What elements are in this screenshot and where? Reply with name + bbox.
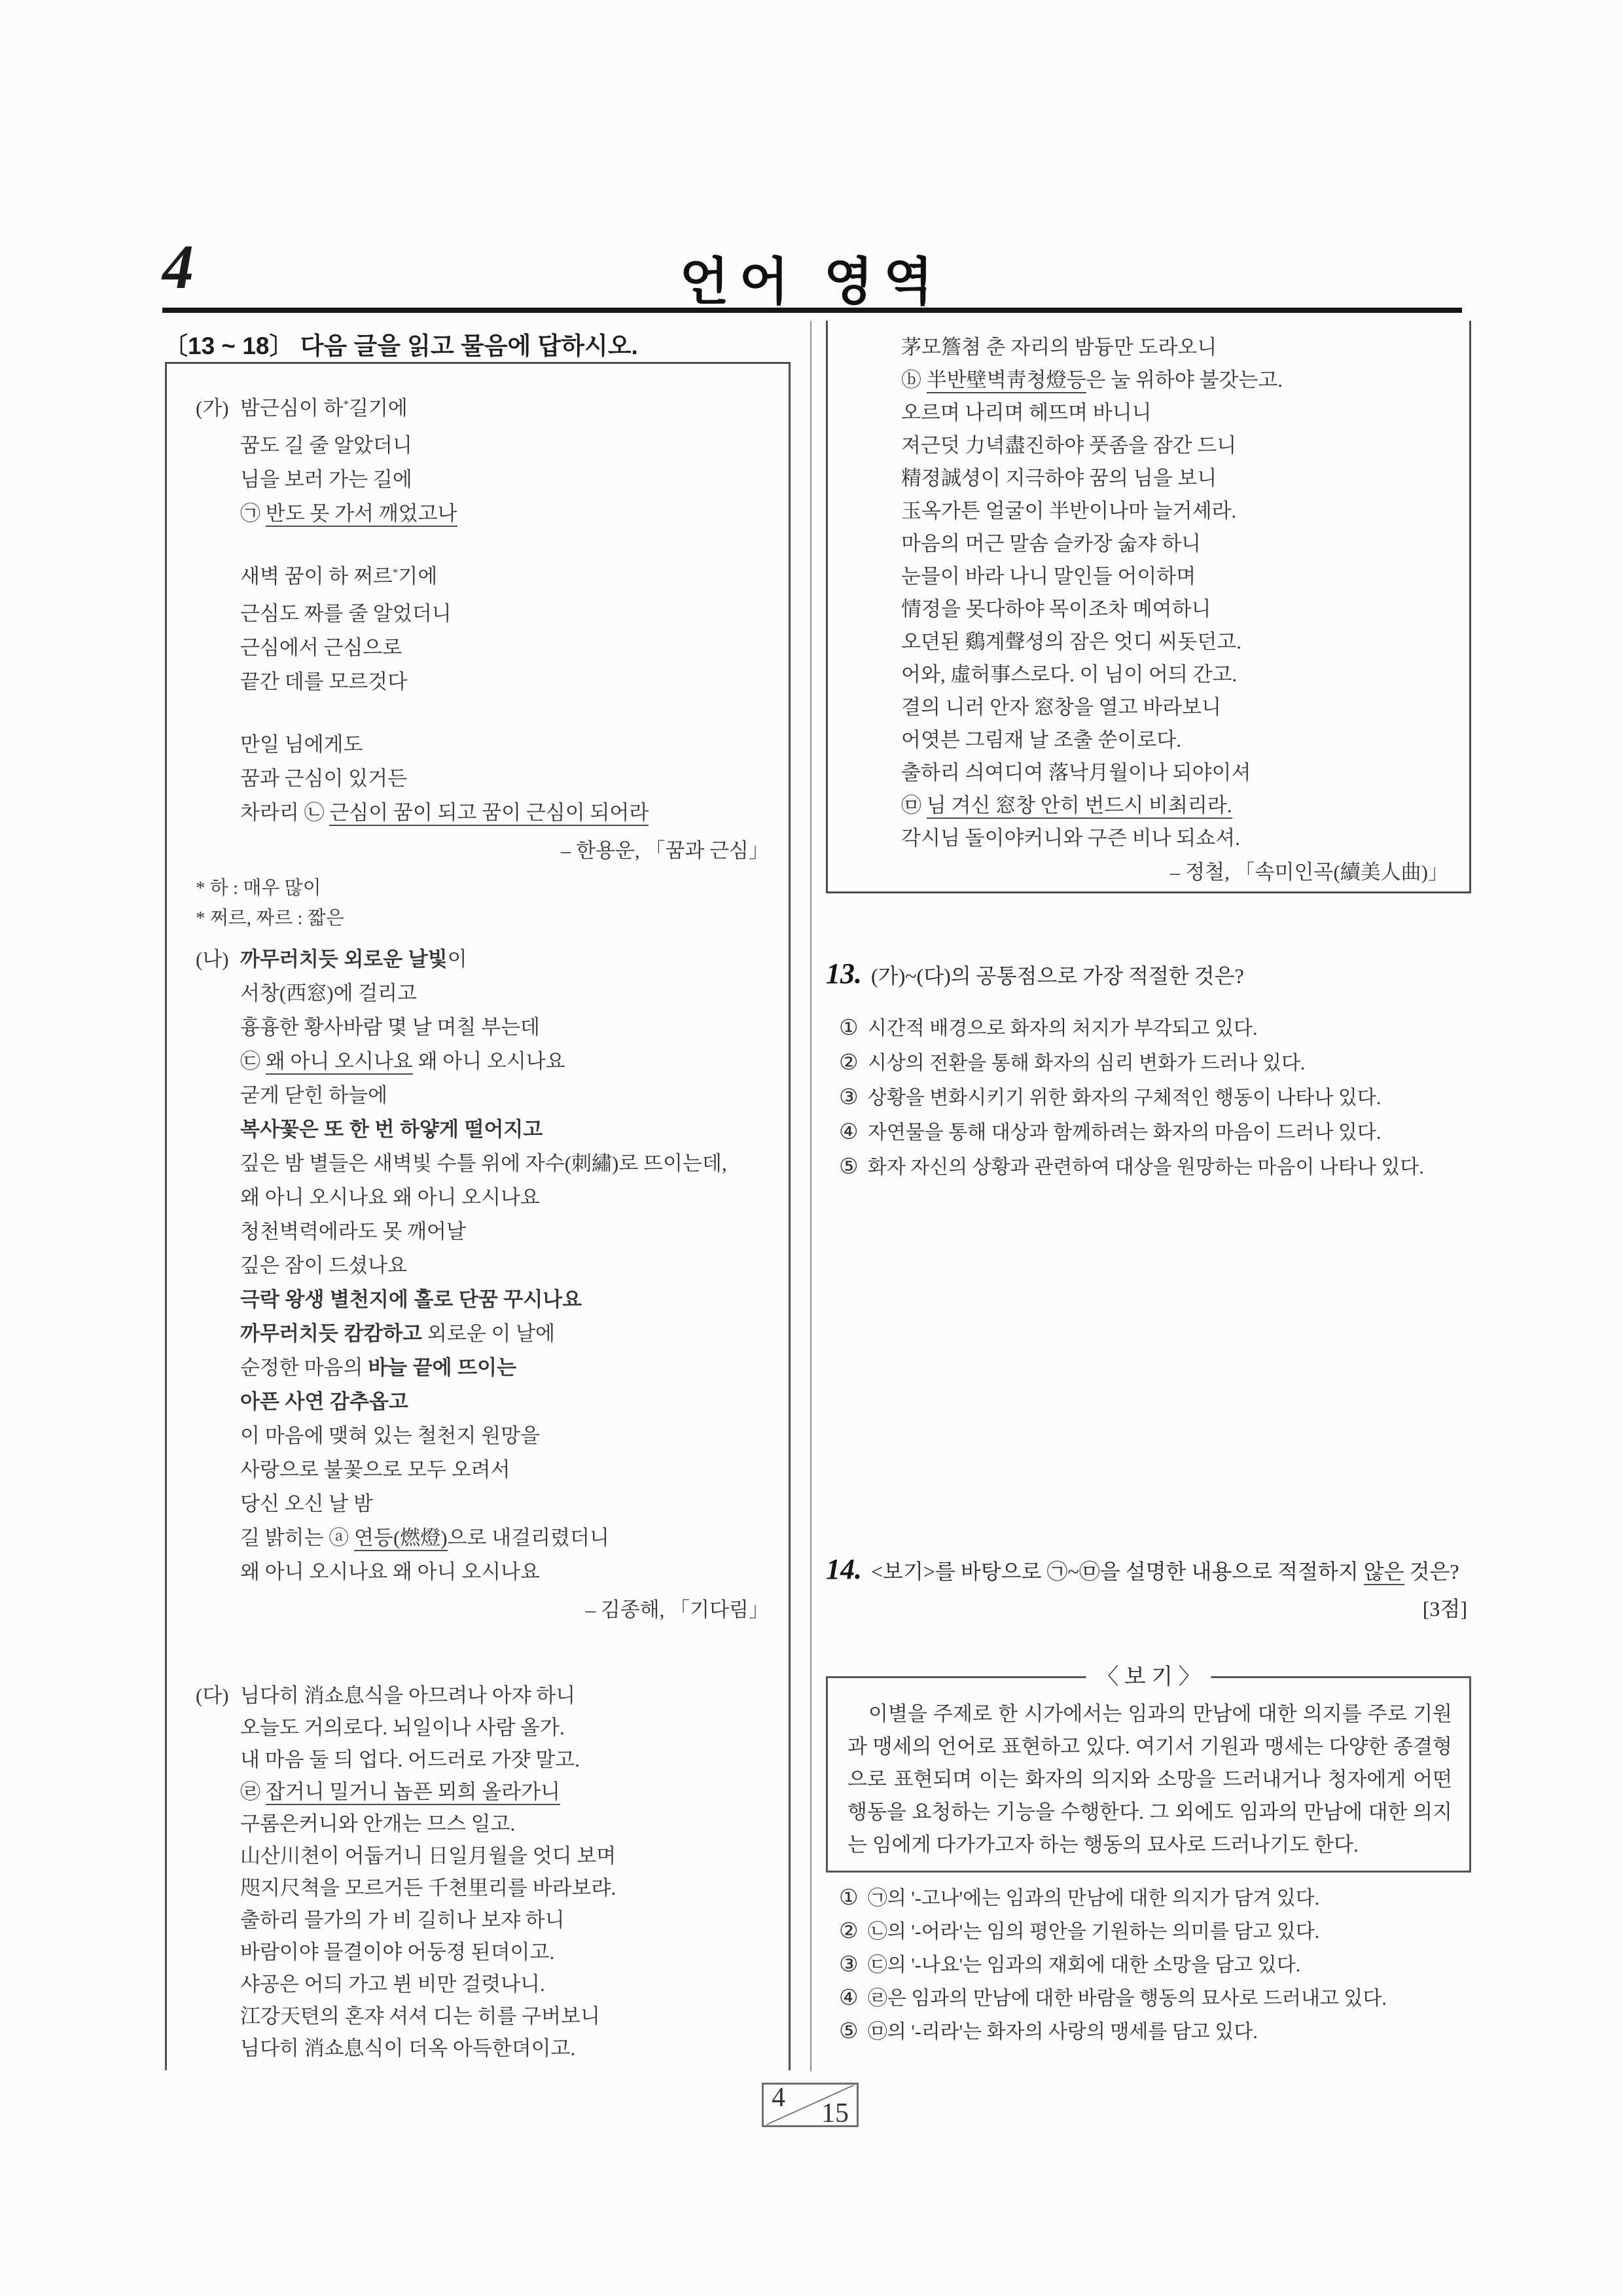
- footnote: * 쩌르, 짜르 : 짧은: [196, 903, 774, 933]
- page-title: 언어 영역: [0, 241, 1623, 314]
- question-13-number: 13.: [826, 958, 862, 990]
- text-segment: ㉠: [240, 502, 266, 525]
- poem-line: 情졍을 못다하야 목이조차 몌여하니: [901, 593, 1451, 626]
- option-number: ③: [839, 1086, 864, 1109]
- question-14-header: 14.<보기>를 바탕으로 ㉠~㉤을 설명한 내용으로 적절하지 않은 것은?: [826, 1552, 1471, 1590]
- option-number: ④: [839, 1121, 864, 1144]
- bogi-box: 〈 보 기 〉 이별을 주제로 한 시가에서는 임과의 만남에 대한 의지를 주…: [826, 1676, 1471, 1873]
- question-14: 14.<보기>를 바탕으로 ㉠~㉤을 설명한 내용으로 적절하지 않은 것은? …: [826, 1552, 1471, 2049]
- passage-ga-attribution: – 한용운, 「꿈과 근심」: [240, 834, 774, 868]
- answer-option: ① 시간적 배경으로 화자의 처지가 부각되고 있다.: [839, 1011, 1471, 1046]
- poem-line: 山산川쳔이 어둡거니 日일月월을 엇디 보며: [240, 1840, 774, 1872]
- question-14-stem: <보기>를 바탕으로 ㉠~㉤을 설명한 내용으로 적절하지 않은 것은?: [871, 1560, 1459, 1585]
- text-segment: 으로 내걸리렸더니: [448, 1526, 609, 1549]
- question-14-points: [3점]: [826, 1592, 1471, 1625]
- footnote: * 하 : 매우 많이: [196, 873, 774, 903]
- passage-ga-label: (가): [196, 391, 229, 425]
- text-segment: ⓑ: [901, 368, 927, 391]
- poem-line: 까무러치듯 캄캄하고 외로운 이 날에: [240, 1317, 774, 1351]
- poem-line: 극락 왕생 별천지에 홀로 단꿈 꾸시나요: [240, 1283, 774, 1317]
- exam-page: 4 언어 영역 〔13 ~ 18〕 다음 글을 읽고 물음에 답하시오. (가)…: [0, 0, 1623, 2296]
- option-number: ④: [839, 1986, 864, 2010]
- poem-line: 아픈 사연 감추옵고: [240, 1385, 774, 1419]
- passage-da: (다) 님다히 消쇼息식을 아므려나 아쟈 하니오늘도 거의로다. 뇌일이나 사…: [196, 1679, 774, 2064]
- passage-da-body: 님다히 消쇼息식을 아므려나 아쟈 하니오늘도 거의로다. 뇌일이나 사람 올가…: [240, 1679, 774, 2064]
- answer-option: ⑤ ㉤의 '-리라'는 화자의 사랑의 맹세를 담고 있다.: [839, 2015, 1471, 2049]
- option-number: ②: [839, 1920, 864, 1943]
- poem-line: 근심도 짜를 줄 알었더니: [240, 597, 774, 631]
- text-segment: 것은?: [1404, 1560, 1459, 1583]
- text-segment: 새벽 꿈이 하 쩌르: [240, 565, 393, 588]
- passage-na-attribution: – 김종해, 「기다림」: [240, 1593, 774, 1627]
- passage-na-label: (나): [196, 942, 229, 977]
- passage-da-label: (다): [196, 1679, 229, 1712]
- text-segment: 잡거니 밀거니 놉픈 뫼희 올라가니: [266, 1780, 560, 1805]
- text-segment: 까무러치듯 외로운 날빛: [240, 948, 448, 971]
- poem-line: 새벽 꿈이 하 쩌르*기에: [240, 560, 774, 597]
- text-segment: *: [343, 398, 349, 410]
- text-segment: ㉢: [240, 1050, 266, 1073]
- poem-line: 茅모簷쳠 춘 자리의 밤듕만 도라오니: [901, 331, 1451, 364]
- poem-line: 복사꽃은 또 한 번 하얗게 떨어지고: [240, 1113, 774, 1147]
- question-13-header: 13.(가)~(다)의 공통점으로 가장 적절한 것은?: [826, 957, 1471, 994]
- poem-line: 왜 아니 오시나요 왜 아니 오시나요: [240, 1181, 774, 1215]
- poem-stanza: 茅모簷쳠 춘 자리의 밤듕만 도라오니ⓑ 半반壁벽靑쳥燈등은 눌 위하야 불갓는…: [901, 331, 1451, 855]
- poem-line: 밤근심이 하*길기에: [240, 391, 774, 429]
- poem-line: 精졍誠셩이 지극하야 꿈의 님을 보니: [901, 462, 1451, 495]
- text-segment: *: [393, 566, 399, 579]
- section-instruction: 〔13 ~ 18〕 다음 글을 읽고 물음에 답하시오.: [164, 326, 638, 361]
- passage-ga-footnotes: * 하 : 매우 많이 * 쩌르, 짜르 : 짧은: [196, 873, 774, 933]
- poem-line: 오르며 나리며 헤뜨며 바니니: [901, 397, 1451, 429]
- poem-line: 오늘도 거의로다. 뇌일이나 사람 올가.: [240, 1712, 774, 1744]
- poem-line: ㉢ 왜 아니 오시나요 왜 아니 오시나요: [240, 1045, 774, 1079]
- poem-line: 사랑으로 불꽃으로 모두 오려서: [240, 1453, 774, 1487]
- poem-line: 결의 니러 안자 窓창을 열고 바라보니: [901, 691, 1451, 724]
- answer-option: ② 시상의 전환을 통해 화자의 심리 변화가 드러나 있다.: [839, 1046, 1471, 1081]
- passage-da-attribution: – 정철, 「속미인곡(續美人曲)」: [901, 857, 1451, 888]
- poem-line: ㉠ 반도 못 가서 깨었고나: [240, 497, 774, 531]
- text-segment: 왜 아니 오시나요: [266, 1050, 413, 1075]
- poem-line: 이 마음에 맺혀 있는 철천지 원망을: [240, 1419, 774, 1453]
- passage-na: (나) 까무러치듯 외로운 날빛이서창(西窓)에 걸리고흉흉한 황사바람 몇 날…: [196, 942, 774, 1627]
- text-segment: 외로운 이 날에: [422, 1322, 555, 1345]
- poem-line: 출하리 믈가의 가 비 길히나 보쟈 하니: [240, 1904, 774, 1936]
- poem-line: 어엿븐 그림재 날 조출 쑨이로다.: [901, 724, 1451, 757]
- passage-na-body: 까무러치듯 외로운 날빛이서창(西窓)에 걸리고흉흉한 황사바람 몇 날 며칠 …: [240, 942, 774, 1589]
- footer-total-pages: 15: [821, 2098, 849, 2129]
- poem-stanza: 님다히 消쇼息식을 아므려나 아쟈 하니오늘도 거의로다. 뇌일이나 사람 올가…: [240, 1679, 774, 2064]
- text-segment: ㉣: [240, 1780, 266, 1803]
- poem-line: 서창(西窓)에 걸리고: [240, 977, 774, 1011]
- text-segment: 않은: [1364, 1560, 1404, 1585]
- passage-ga: (가) 밤근심이 하*길기에꿈도 길 줄 알았더니님을 보러 가는 길에㉠ 반도…: [196, 391, 774, 868]
- text-segment: 차라리 ㉡: [240, 801, 329, 824]
- text-segment: 복사꽃은 또 한 번 하얗게 떨어지고: [240, 1118, 543, 1141]
- poem-line: 님다히 消쇼息식이 더옥 아득한뎌이고.: [240, 2032, 774, 2064]
- passage-box-left-content: (가) 밤근심이 하*길기에꿈도 길 줄 알았더니님을 보러 가는 길에㉠ 반도…: [167, 364, 789, 2064]
- poem-line: 청천벽력에라도 못 깨어날: [240, 1215, 774, 1249]
- column-divider: [810, 321, 811, 2072]
- text-segment: 아픈 사연 감추옵고: [240, 1390, 408, 1413]
- text-segment: 기에: [398, 565, 437, 588]
- option-number: ①: [839, 1016, 864, 1040]
- poem-line: 당신 오신 날 밤: [240, 1487, 774, 1521]
- question-13: 13.(가)~(다)의 공통점으로 가장 적절한 것은? ① 시간적 배경으로 …: [826, 957, 1471, 1185]
- question-14-options: ① ㉠의 '-고나'에는 임과의 만남에 대한 의지가 담겨 있다.② ㉡의 '…: [826, 1882, 1471, 2049]
- poem-line: 순정한 마음의 바늘 끝에 뜨이는: [240, 1351, 774, 1385]
- text-segment: 반도 못 가서 깨었고나: [266, 502, 457, 527]
- poem-line: 차라리 ㉡ 근심이 꿈이 되고 꿈이 근심이 되어라: [240, 796, 774, 830]
- header-rule: [162, 308, 1462, 313]
- poem-line: 咫지尺쳑을 모르거든 千쳔里리를 바라보랴.: [240, 1872, 774, 1904]
- poem-line: ㉤ 님 겨신 窓창 안히 번드시 비최리라.: [901, 789, 1451, 822]
- bogi-text: 이별을 주제로 한 시가에서는 임과의 만남에 대한 의지를 주로 기원과 맹세…: [847, 1698, 1452, 1861]
- text-segment: <보기>를 바탕으로 ㉠~㉤을 설명한 내용으로 적절하지: [871, 1560, 1364, 1583]
- answer-option: ④ 자연물을 통해 대상과 함께하려는 화자의 마음이 드러나 있다.: [839, 1115, 1471, 1150]
- text-segment: 은 눌 위하야 불갓는고.: [1086, 368, 1283, 391]
- answer-option: ③ 상황을 변화시키기 위한 화자의 구체적인 행동이 나타나 있다.: [839, 1081, 1471, 1115]
- poem-line: 꿈도 길 줄 알았더니: [240, 429, 774, 463]
- footer-page-box: 4 15: [762, 2083, 859, 2127]
- poem-line: ⓑ 半반壁벽靑쳥燈등은 눌 위하야 불갓는고.: [901, 364, 1451, 397]
- text-segment: 밤근심이 하: [240, 397, 343, 420]
- option-number: ②: [839, 1051, 864, 1075]
- answer-option: ① ㉠의 '-고나'에는 임과의 만남에 대한 의지가 담겨 있다.: [839, 1882, 1471, 1915]
- poem-line: 님다히 消쇼息식을 아므려나 아쟈 하니: [240, 1679, 774, 1712]
- poem-line: 흉흉한 황사바람 몇 날 며칠 부는데: [240, 1011, 774, 1045]
- poem-stanza: 만일 님에게도꿈과 근심이 있거든차라리 ㉡ 근심이 꿈이 되고 꿈이 근심이 …: [240, 728, 774, 830]
- poem-line: 깊은 밤 별들은 새벽빛 수틀 위에 자수(刺繡)로 뜨이는데,: [240, 1147, 774, 1181]
- text-segment: 연등(燃燈): [354, 1526, 448, 1551]
- text-segment: 극락 왕생 별천지에 홀로 단꿈 꾸시나요: [240, 1288, 582, 1311]
- footer-current-page: 4: [772, 2082, 785, 2113]
- poem-line: 샤공은 어듸 가고 뷘 비만 걸렷나니.: [240, 1968, 774, 2000]
- poem-line: 왜 아니 오시나요 왜 아니 오시나요: [240, 1555, 774, 1589]
- poem-line: 출하리 싀여디여 落낙月월이나 되야이셔: [901, 757, 1451, 789]
- text-segment: 까무러치듯 캄캄하고: [240, 1322, 422, 1345]
- answer-option: ④ ㉣은 임과의 만남에 대한 바람을 행동의 묘사로 드러내고 있다.: [839, 1982, 1471, 2015]
- answer-option: ② ㉡의 '-어라'는 임의 평안을 기원하는 의미를 담고 있다.: [839, 1915, 1471, 1948]
- text-segment: 님 겨신 窓창 안히 번드시 비최리라.: [927, 794, 1232, 819]
- question-13-stem: (가)~(다)의 공통점으로 가장 적절한 것은?: [871, 964, 1244, 988]
- text-segment: 근심이 꿈이 되고 꿈이 근심이 되어라: [329, 801, 649, 826]
- poem-stanza: 새벽 꿈이 하 쩌르*기에근심도 짜를 줄 알었더니근심에서 근심으로끝간 데를…: [240, 560, 774, 699]
- poem-line: 구롬은커니와 안개는 므스 일고.: [240, 1808, 774, 1840]
- poem-stanza: 밤근심이 하*길기에꿈도 길 줄 알았더니님을 보러 가는 길에㉠ 반도 못 가…: [240, 391, 774, 531]
- bogi-label: 〈 보 기 〉: [1086, 1660, 1211, 1695]
- poem-line: 꿈과 근심이 있거든: [240, 762, 774, 796]
- poem-line: 玉옥가튼 얼굴이 半반이나마 늘거셰라.: [901, 495, 1451, 528]
- poem-line: ㉣ 잡거니 밀거니 놉픈 뫼희 올라가니: [240, 1776, 774, 1808]
- text-segment: 왜 아니 오시나요: [413, 1050, 565, 1073]
- option-number: ⑤: [839, 1155, 864, 1179]
- text-segment: 순정한 마음의: [240, 1356, 368, 1379]
- passage-box-left: (가) 밤근심이 하*길기에꿈도 길 줄 알았더니님을 보러 가는 길에㉠ 반도…: [165, 362, 791, 2070]
- poem-line: 깊은 잠이 드셨나요: [240, 1249, 774, 1283]
- question-14-number: 14.: [826, 1553, 862, 1585]
- poem-line: 마음의 머근 말솜 슬카장 숣쟈 하니: [901, 528, 1451, 560]
- poem-line: 눈믈이 바라 나니 말인들 어이하며: [901, 560, 1451, 593]
- text-segment: 半반壁벽靑쳥燈등: [927, 368, 1086, 393]
- poem-line: 근심에서 근심으로: [240, 631, 774, 665]
- answer-option: ⑤ 화자 자신의 상황과 관련하여 대상을 원망하는 마음이 나타나 있다.: [839, 1150, 1471, 1185]
- poem-line: 각시님 돌이야커니와 구즌 비나 되쇼셔.: [901, 822, 1451, 855]
- answer-option: ③ ㉢의 '-나요'는 임과의 재회에 대한 소망을 담고 있다.: [839, 1948, 1471, 1982]
- poem-stanza: 까무러치듯 외로운 날빛이서창(西窓)에 걸리고흉흉한 황사바람 몇 날 며칠 …: [240, 942, 774, 1589]
- passage-box-right: 茅모簷쳠 춘 자리의 밤듕만 도라오니ⓑ 半반壁벽靑쳥燈등은 눌 위하야 불갓는…: [826, 321, 1471, 893]
- poem-line: 내 마음 둘 듸 업다. 어드러로 가쟛 말고.: [240, 1744, 774, 1776]
- text-segment: 바늘 끝에 뜨이는: [368, 1356, 516, 1379]
- option-number: ①: [839, 1886, 864, 1910]
- passage-da-continued: 茅모簷쳠 춘 자리의 밤듕만 도라오니ⓑ 半반壁벽靑쳥燈등은 눌 위하야 불갓는…: [828, 321, 1469, 888]
- poem-line: 江강天텬의 혼쟈 셔셔 디는 히를 구버보니: [240, 2000, 774, 2032]
- poem-line: 굳게 닫힌 하늘에: [240, 1079, 774, 1113]
- text-segment: 길기에: [349, 397, 408, 420]
- text-segment: 길 밝히는 ⓐ: [240, 1526, 354, 1549]
- passage-da-continued-body: 茅모簷쳠 춘 자리의 밤듕만 도라오니ⓑ 半반壁벽靑쳥燈등은 눌 위하야 불갓는…: [901, 331, 1451, 855]
- passage-ga-body: 밤근심이 하*길기에꿈도 길 줄 알았더니님을 보러 가는 길에㉠ 반도 못 가…: [240, 391, 774, 830]
- poem-line: 님을 보러 가는 길에: [240, 463, 774, 497]
- poem-line: 만일 님에게도: [240, 728, 774, 762]
- poem-line: 길 밝히는 ⓐ 연등(燃燈)으로 내걸리렸더니: [240, 1521, 774, 1555]
- poem-line: 까무러치듯 외로운 날빛이: [240, 942, 774, 977]
- text-segment: 이: [448, 948, 467, 971]
- question-13-options: ① 시간적 배경으로 화자의 처지가 부각되고 있다.② 시상의 전환을 통해 …: [826, 1011, 1471, 1185]
- text-segment: ㉤: [901, 794, 927, 817]
- option-number: ⑤: [839, 2020, 864, 2043]
- poem-line: 바람이야 믈결이야 어둥졍 된뎌이고.: [240, 1936, 774, 1968]
- poem-line: 오뎐된 鷄계聲셩의 잠은 엇디 씨돗던고.: [901, 626, 1451, 658]
- option-number: ③: [839, 1953, 864, 1977]
- poem-line: 져근덧 力녁盡진하야 풋좀을 잠간 드니: [901, 429, 1451, 462]
- poem-line: 끝간 데를 모르것다: [240, 665, 774, 699]
- poem-line: 어와, 虛허事스로다. 이 님이 어듸 간고.: [901, 658, 1451, 691]
